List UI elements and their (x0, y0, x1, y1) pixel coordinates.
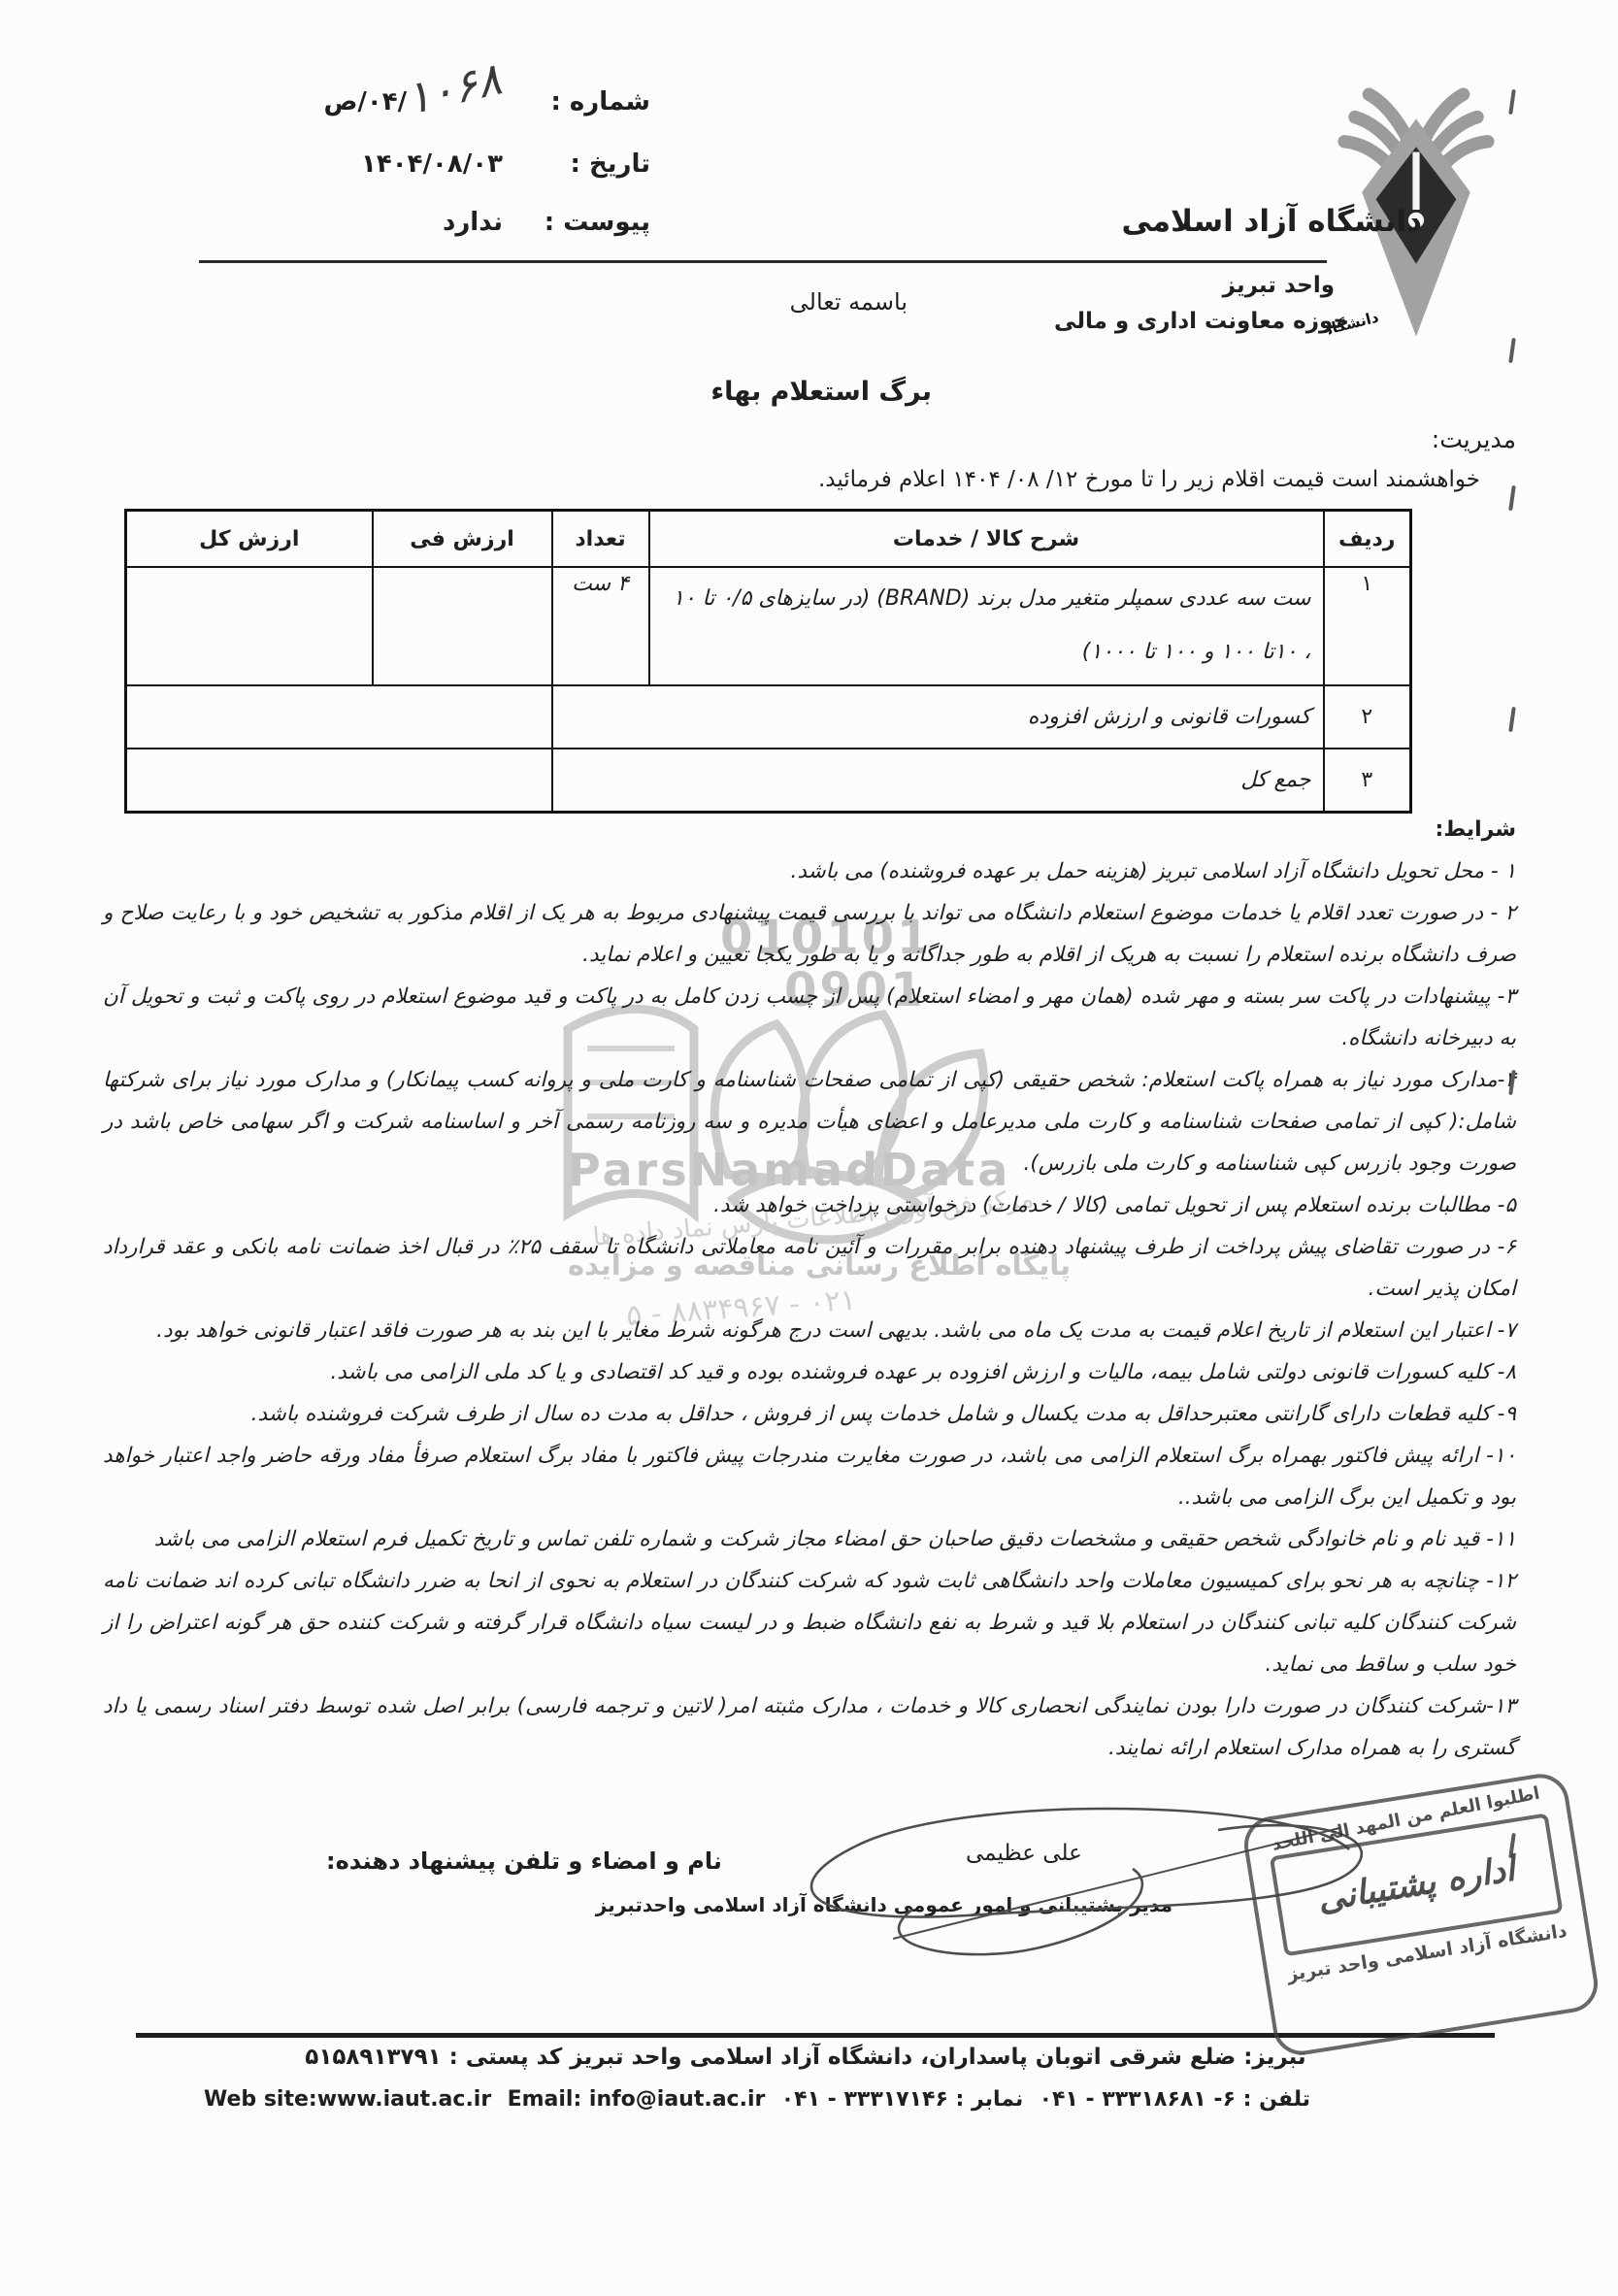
university-name: دانشگاه آزاد اسلامی (1122, 204, 1423, 239)
ref-number-label: شماره : (536, 87, 650, 116)
col-quantity: تعداد (552, 511, 649, 568)
col-row-number: ردیف (1324, 511, 1411, 568)
form-title: برگ استعلام بهاء (710, 377, 932, 407)
footer-contacts: تلفن : ۶- ۳۳۳۱۸۶۸۱ - ۰۴۱ نمابر : ۳۳۳۱۷۱۴… (204, 2087, 1310, 2112)
row-number: ۲ (1324, 685, 1411, 749)
request-line: خواهشمند است قیمت اقلام زیر را تا مورخ ۱… (818, 467, 1480, 492)
condition-item: ۱۱- قید نام و نام خانوادگی شخص حقیقی و م… (103, 1518, 1516, 1560)
footer-fax: نمابر : ۳۳۳۱۷۱۴۶ - ۰۴۱ (781, 2087, 1024, 2112)
addressee: مدیریت: (1432, 425, 1516, 453)
condition-item: ۴-مدارک مورد نیاز به همراه پاکت استعلام:… (103, 1059, 1516, 1184)
items-table: ردیف شرح کالا / خدمات تعداد ارزش فی ارزش… (124, 509, 1412, 814)
condition-item: ۶- در صورت تقاضای پیش پرداخت از طرف پیشن… (103, 1226, 1516, 1310)
table-row: ۱ ست سه عددی سمپلر متغیر مدل برند (BRAND… (126, 567, 1411, 685)
condition-item: ۳- پیشنهادات در پاکت سر بسته و مهر شده (… (103, 976, 1516, 1059)
condition-item: ۱ - محل تحویل دانشگاه آزاد اسلامی تبریز … (103, 850, 1516, 892)
condition-item: ۱۲- چنانچه به هر نحو برای کمیسیون معاملا… (103, 1560, 1516, 1685)
row-unit-value (373, 567, 552, 685)
col-total-value: ارزش کل (126, 511, 373, 568)
row-number: ۳ (1324, 749, 1411, 813)
table-row: ۲ کسورات قانونی و ارزش افزوده (126, 685, 1411, 749)
conditions-section: شرایط: ۱ - محل تحویل دانشگاه آزاد اسلامی… (103, 809, 1516, 1769)
unit-name: واحد تبریز (1223, 273, 1335, 298)
row-number: ۱ (1324, 567, 1411, 685)
footer-website: Web site:www.iaut.ac.ir (204, 2087, 491, 2112)
scan-artifact (1508, 89, 1516, 115)
row-value (126, 749, 552, 813)
footer-phone: تلفن : ۶- ۳۳۳۱۸۶۸۱ - ۰۴۱ (1040, 2087, 1310, 2112)
department-name: حوزه معاونت اداری و مالی (1054, 309, 1349, 334)
row-description: کسورات قانونی و ارزش افزوده (552, 685, 1324, 749)
scan-artifact (1508, 338, 1516, 363)
office-stamp: اطلبوا العلم من المهد الی اللحد اداره پش… (1240, 1770, 1602, 2059)
ref-date-row: تاریخ : ۱۴۰۴/۰۸/۰۳ (107, 150, 650, 179)
condition-item: ۵- مطالبات برنده استعلام پس از تحویل تما… (103, 1184, 1516, 1226)
condition-item: ۱۰- ارائه پیش فاکتور بهمراه برگ استعلام … (103, 1435, 1516, 1518)
scan-artifact (1508, 707, 1516, 732)
col-description: شرح کالا / خدمات (649, 511, 1324, 568)
iau-logo-icon: دانشگاه آزاد اسلامی (1329, 60, 1503, 342)
condition-item: ۹- کلیه قطعات دارای گارانتی معتبرحداقل ب… (103, 1393, 1516, 1435)
table-header-row: ردیف شرح کالا / خدمات تعداد ارزش فی ارزش… (126, 511, 1411, 568)
footer-email: Email: info@iaut.ac.ir (508, 2087, 766, 2112)
proposer-signature-label: نام و امضاء و تلفن پیشنهاد دهنده: (326, 1847, 722, 1875)
ref-attachment-label: پیوست : (536, 208, 650, 237)
header-divider (199, 260, 1327, 263)
conditions-title: شرایط: (103, 809, 1516, 850)
row-description: ست سه عددی سمپلر متغیر مدل برند (BRAND) … (649, 567, 1324, 685)
handwritten-number: ۱۰۶۸ (401, 52, 506, 125)
condition-item: ۷- اعتبار این استعلام از تاریخ اعلام قیم… (103, 1310, 1516, 1351)
ref-number-value: ۱۰۶۸/۰۴/ص (323, 68, 503, 120)
reference-block: شماره : ۱۰۶۸/۰۴/ص تاریخ : ۱۴۰۴/۰۸/۰۳ پیو… (107, 68, 650, 266)
col-unit-value: ارزش فی (373, 511, 552, 568)
scanned-inquiry-form: 010101 0901 ParsNamadData مرکز فن آوری ا… (0, 0, 1618, 2296)
ref-attachment-row: پیوست : ندارد (107, 208, 650, 237)
row-quantity: ۴ ست (552, 567, 649, 685)
ref-number-row: شماره : ۱۰۶۸/۰۴/ص (107, 68, 650, 120)
condition-item: ۱۳-شرکت کنندگان در صورت دارا بودن نمایند… (103, 1685, 1516, 1769)
condition-item: ۸- کلیه کسورات قانونی دولتی شامل بیمه، م… (103, 1351, 1516, 1393)
row-description: جمع کل (552, 749, 1324, 813)
table-row: ۳ جمع کل (126, 749, 1411, 813)
bismillah: باسمه تعالی (790, 288, 908, 316)
row-total-value (126, 567, 373, 685)
row-value (126, 685, 552, 749)
ref-date-value: ۱۴۰۴/۰۸/۰۳ (361, 150, 503, 179)
scan-artifact (1508, 485, 1516, 511)
ref-date-label: تاریخ : (536, 150, 650, 179)
ref-attachment-value: ندارد (443, 208, 503, 237)
condition-item: ۲ - در صورت تعدد اقلام یا خدمات موضوع اس… (103, 892, 1516, 976)
